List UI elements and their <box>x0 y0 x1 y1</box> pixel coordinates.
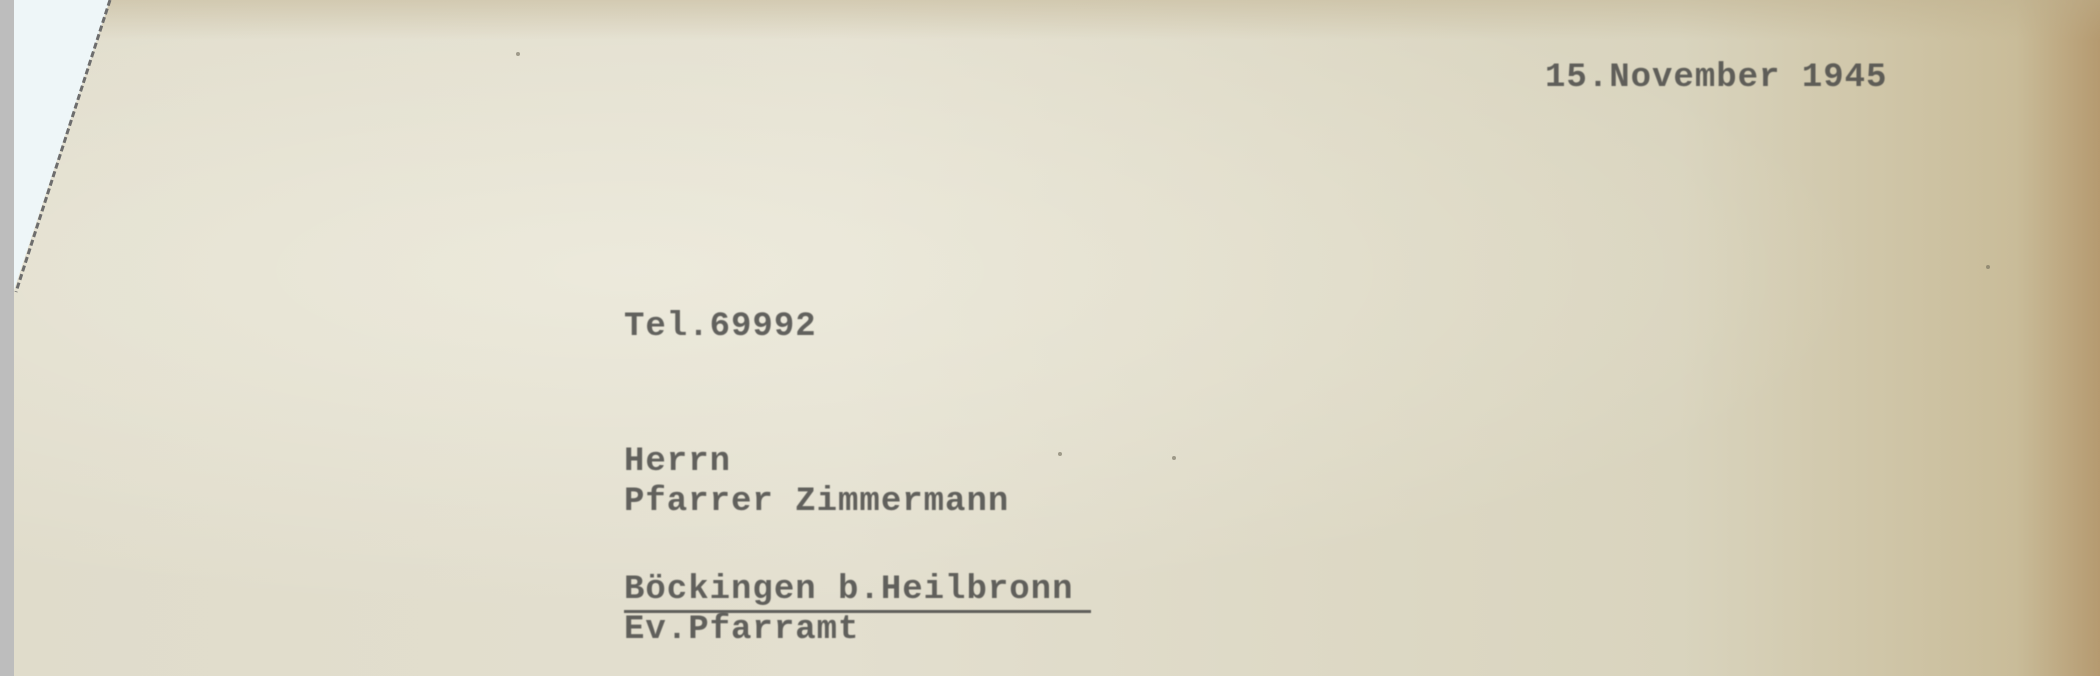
recipient-office: Ev.Pfarramt <box>624 610 859 650</box>
recipient-name: Pfarrer Zimmermann <box>624 482 1009 522</box>
paper-speck <box>516 52 520 56</box>
recipient-salutation: Herrn <box>624 442 731 482</box>
paper-speck <box>1058 452 1062 456</box>
recipient-place: Böckingen b.Heilbronn <box>624 570 1091 613</box>
letter-date: 15.November 1945 <box>1545 58 1887 98</box>
paper-top-shadow <box>0 0 2100 40</box>
telephone-number: Tel.69992 <box>624 307 817 347</box>
paper-speck <box>1986 265 1990 269</box>
paper-speck <box>1172 456 1176 460</box>
